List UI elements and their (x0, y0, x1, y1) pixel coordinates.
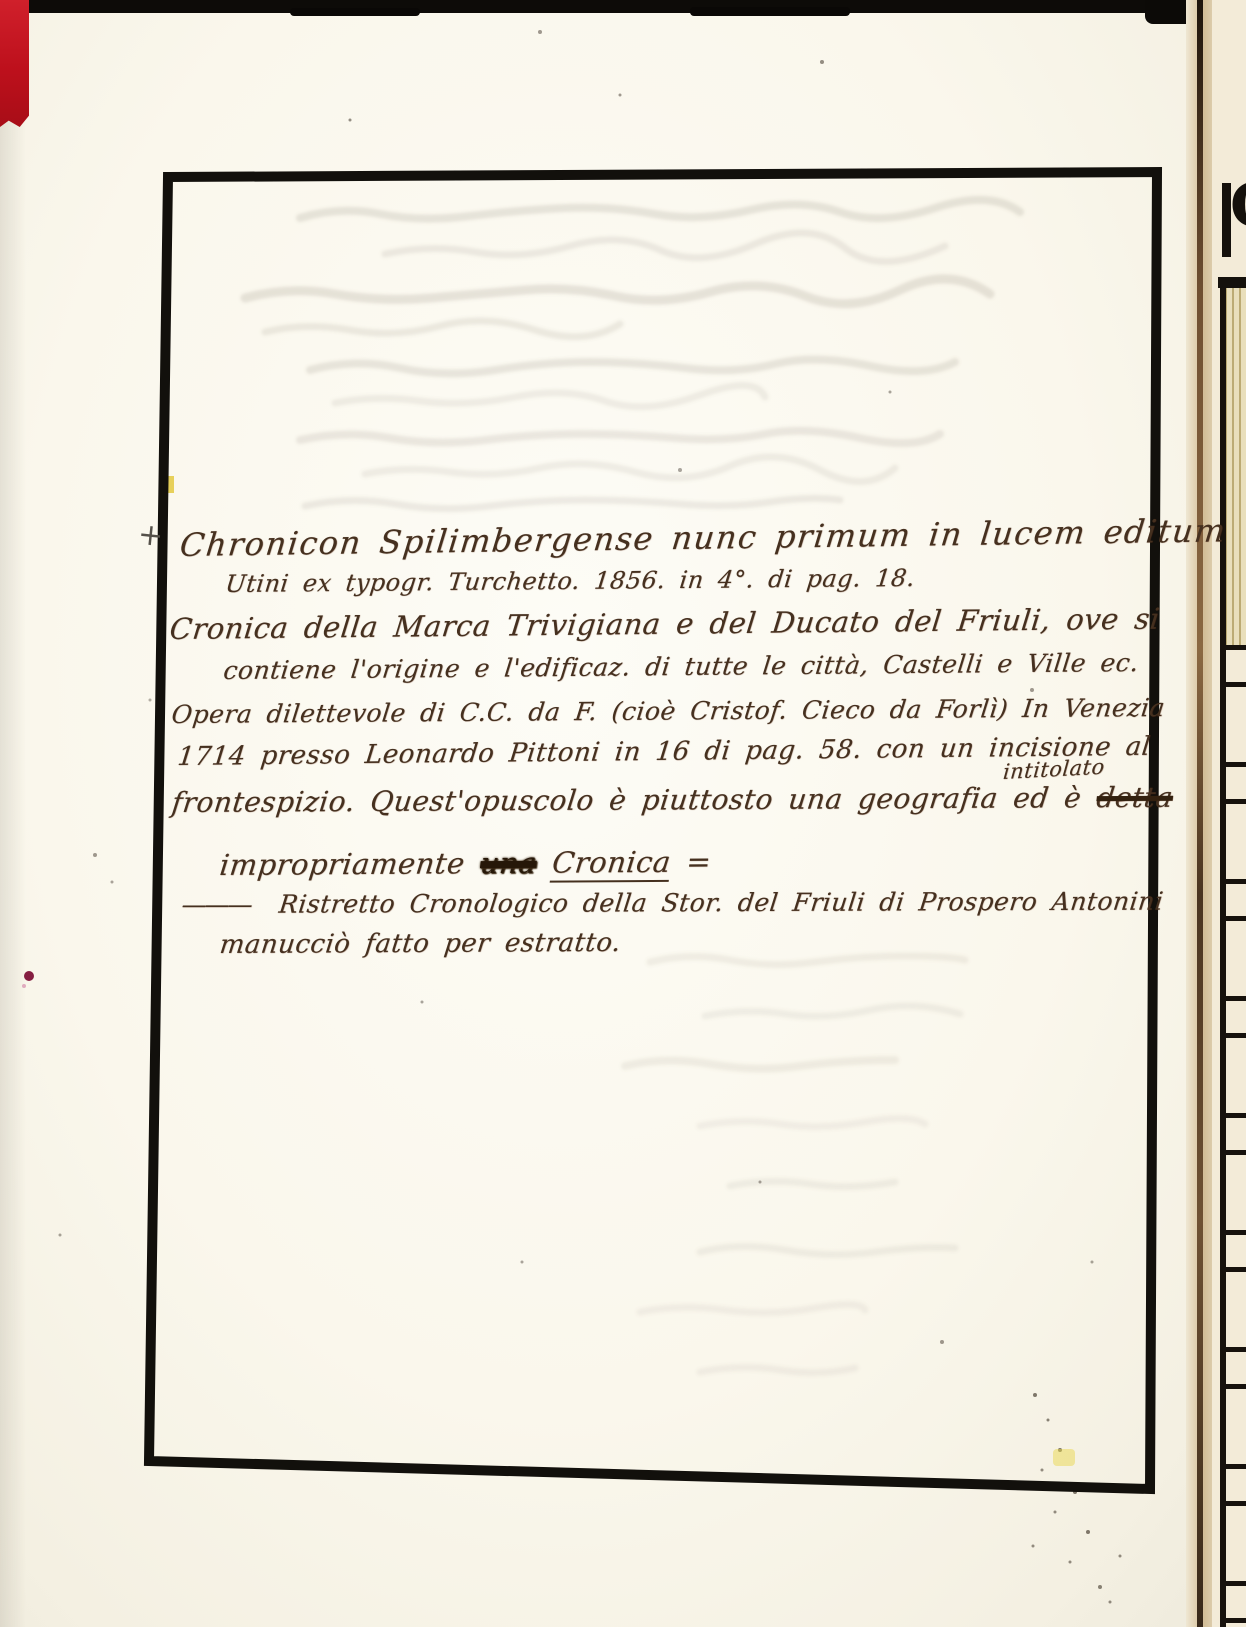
manuscript-line-8-word: impropriamente (218, 846, 467, 882)
manuscript-line-7-struck-word: detta (1095, 781, 1175, 814)
manuscript-line-9-dash: ——— (180, 890, 252, 919)
manuscript-line-9-text: Ristretto Cronologico della Stor. del Fr… (277, 887, 1165, 919)
manuscript-superscript-insertion: intitolato (1002, 755, 1106, 784)
gutter-crease-line (1197, 0, 1203, 1627)
adjacent-page-corner-glyph: C (1230, 176, 1246, 236)
adjacent-page-ruled-lines (1226, 645, 1246, 1627)
scan-edge-top-bar (0, 0, 1246, 13)
scan-edge-blob (290, 8, 420, 16)
adjacent-page-rule-vertical (1220, 288, 1226, 1627)
adjacent-page-frame-line (1218, 277, 1246, 288)
manuscript-line-3: Cronica della Marca Trivigiana e del Duc… (168, 602, 1162, 646)
manuscript-line-9: ——— Ristretto Cronologico della Stor. de… (180, 887, 1165, 919)
left-edge-shadow (0, 0, 26, 1627)
manuscript-line-8: impropriamente una Cronica = (218, 845, 713, 882)
scan-edge-blob (690, 7, 850, 16)
margin-cross-mark: + (136, 517, 165, 554)
manuscript-line-8-scribbled-word: una (479, 846, 539, 880)
manuscript-line-7-text: frontespizio. Quest'opuscolo è piuttosto… (170, 781, 1083, 819)
manuscript-line-1: Chronicon Spilimbergense nunc primum in … (178, 511, 1228, 564)
manuscript-line-7: frontespizio. Quest'opuscolo è piuttosto… (170, 781, 1175, 819)
manuscript-line-10: manucciò fatto per estratto. (218, 928, 623, 960)
manuscript-page-scan: C + Chronicon Spilimbergense nunc primum… (0, 0, 1246, 1627)
manuscript-line-5: Opera dilettevole di C.C. da F. (cioè Cr… (170, 693, 1167, 729)
manuscript-line-4: contiene l'origine e l'edificaz. di tutt… (222, 648, 1140, 685)
manuscript-line-8-underlined-word: Cronica (550, 845, 673, 883)
red-binding-strip (0, 0, 29, 127)
manuscript-line-2: Utini ex typogr. Turchetto. 1856. in 4°.… (224, 564, 917, 598)
manuscript-line-8-trailer: = (685, 845, 714, 879)
